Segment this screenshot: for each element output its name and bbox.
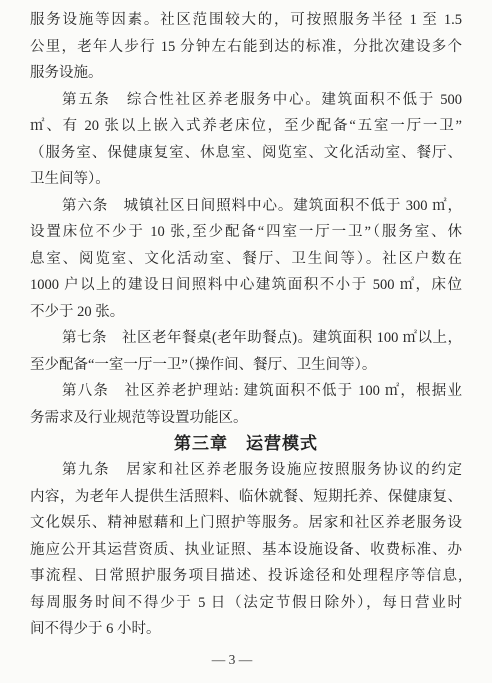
text-line: 至少配备“一室一厅一卫”（操作间、餐厅、卫生间等）。 xyxy=(30,352,462,379)
text-line: 内容，为老年人提供生活照料、临休就餐、短期托养、保健康复、 xyxy=(30,484,462,511)
text-line: 间不得少于 6 小时。 xyxy=(30,616,462,643)
text-line: 每周服务时间不得少于 5 日（法定节假日除外），每日营业时 xyxy=(30,590,462,617)
chapter-heading: 第三章 运营模式 xyxy=(30,431,462,457)
text-line: 1000 户以上的建设日间照料中心建筑面积不小于 500 ㎡，床位 xyxy=(30,272,462,299)
text-line: 施应公开其运营资质、执业证照、基本设施设备、收费标准、办 xyxy=(30,537,462,564)
text-line: 文化娱乐、精神慰藉和上门照护等服务。居家和社区养老服务设 xyxy=(30,510,462,537)
text-line: 卫生间等）。 xyxy=(30,166,462,193)
text-line: （服务室、保健康复室、休息室、阅览室、文化活动室、餐厅、 xyxy=(30,140,462,167)
article-7-line: 第七条 社区老年餐桌(老年助餐点)。建筑面积 100 ㎡以上， xyxy=(30,325,462,352)
article-5-line: 第五条 综合性社区养老服务中心。建筑面积不低于 500 xyxy=(30,87,462,114)
text-line: 设置床位不少于 10 张,至少配备“四室一厅一卫”（服务室、休 xyxy=(30,219,462,246)
text-line: 公里，老年人步行 15 分钟左右能到达的标准，分批次建设多个 xyxy=(30,34,462,61)
page-number: — 3 — xyxy=(30,651,462,669)
article-8-line: 第八条 社区养老护理站: 建筑面积不低于 100 ㎡，根据业 xyxy=(30,378,462,405)
text-line: 务需求及行业规范等设置功能区。 xyxy=(30,405,462,432)
text-line: 息室、阅览室、文化活动室、餐厅、卫生间等）。社区户数在 xyxy=(30,246,462,273)
text-line: 服务设施等因素。社区范围较大的，可按照服务半径 1 至 1.5 xyxy=(30,7,462,34)
text-line: 事流程、日常照护服务项目描述、投诉途径和处理程序等信息, xyxy=(30,563,462,590)
article-9-line: 第九条 居家和社区养老服务设施应按照服务协议的约定 xyxy=(30,457,462,484)
article-6-line: 第六条 城镇社区日间照料中心。建筑面积不低于 300 ㎡， xyxy=(30,193,462,220)
document-body: 服务设施等因素。社区范围较大的，可按照服务半径 1 至 1.5 公里，老年人步行… xyxy=(30,7,462,669)
text-line: ㎡、有 20 张以上嵌入式养老床位，至少配备“五室一厅一卫” xyxy=(30,113,462,140)
text-line: 不少于 20 张。 xyxy=(30,299,462,326)
text-line: 服务设施。 xyxy=(30,60,462,87)
scanned-document-page: 服务设施等因素。社区范围较大的，可按照服务半径 1 至 1.5 公里，老年人步行… xyxy=(0,0,492,683)
